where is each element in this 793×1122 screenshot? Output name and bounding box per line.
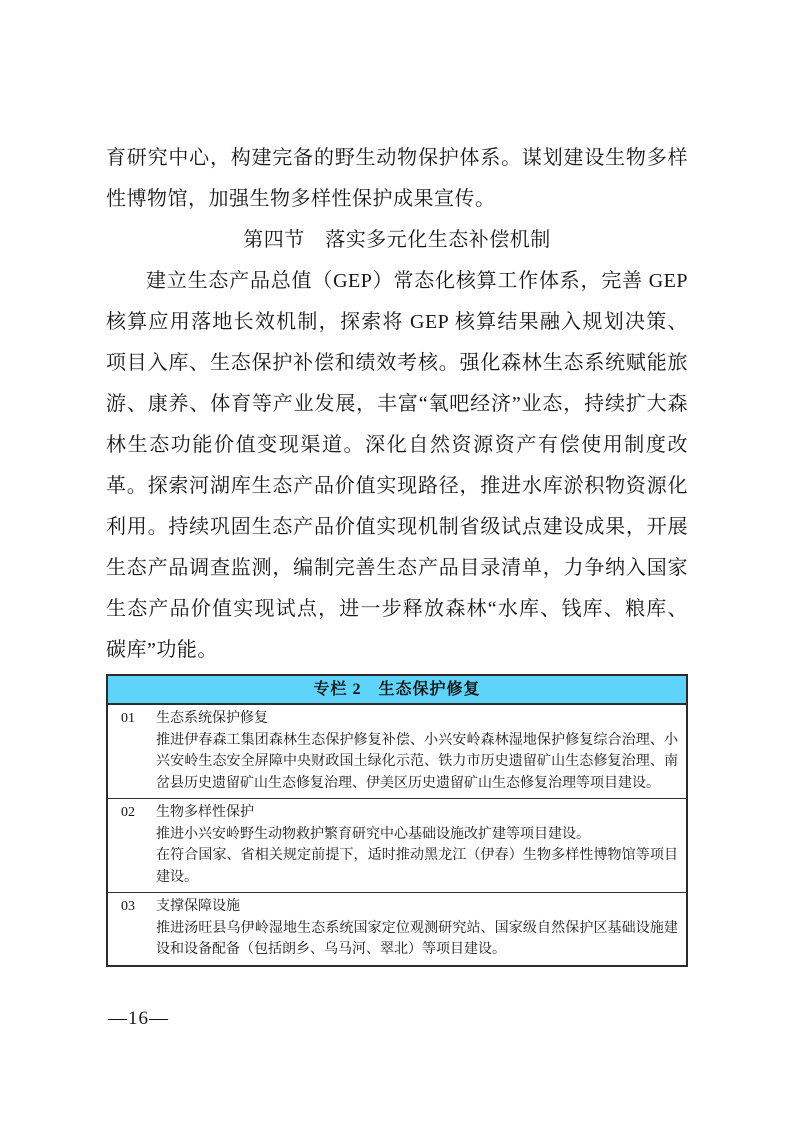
row-item: 推进汤旺县乌伊岭湿地生态系统国家定位观测研究站、国家级自然保护区基础设施建设和设…	[156, 918, 678, 961]
page-number: —16—	[108, 1008, 169, 1030]
paragraph-continuation: 育研究中心，构建完备的野生动物保护体系。谋划建设生物多样性博物馆，加强生物多样性…	[106, 138, 688, 220]
section-heading: 第四节 落实多元化生态补偿机制	[106, 220, 688, 261]
row-title: 生物多样性保护	[156, 802, 678, 824]
row-item: 在符合国家、省相关规定前提下，适时推动黑龙江（伊春）生物多样性博物馆等项目建设。	[156, 845, 678, 888]
row-body: 支撑保障设施 推进汤旺县乌伊岭湿地生态系统国家定位观测研究站、国家级自然保护区基…	[156, 896, 686, 961]
feature-box: 专栏 2 生态保护修复 01 生态系统保护修复 推进伊春森工集团森林生态保护修复…	[106, 674, 688, 967]
row-item: 推进伊春森工集团森林生态保护修复补偿、小兴安岭森林湿地保护修复综合治理、小兴安岭…	[156, 730, 678, 795]
row-number: 02	[108, 802, 156, 888]
table-row: 02 生物多样性保护 推进小兴安岭野生动物救护繁育研究中心基础设施改扩建等项目建…	[108, 799, 686, 893]
row-item: 推进小兴安岭野生动物救护繁育研究中心基础设施改扩建等项目建设。	[156, 824, 678, 846]
row-number: 03	[108, 896, 156, 961]
table-row: 01 生态系统保护修复 推进伊春森工集团森林生态保护修复补偿、小兴安岭森林湿地保…	[108, 705, 686, 799]
row-body: 生物多样性保护 推进小兴安岭野生动物救护繁育研究中心基础设施改扩建等项目建设。 …	[156, 802, 686, 888]
table-row: 03 支撑保障设施 推进汤旺县乌伊岭湿地生态系统国家定位观测研究站、国家级自然保…	[108, 893, 686, 965]
row-body: 生态系统保护修复 推进伊春森工集团森林生态保护修复补偿、小兴安岭森林湿地保护修复…	[156, 708, 686, 794]
row-title: 生态系统保护修复	[156, 708, 678, 730]
row-title: 支撑保障设施	[156, 896, 678, 918]
feature-box-title: 专栏 2 生态保护修复	[108, 676, 686, 705]
document-page: 育研究中心，构建完备的野生动物保护体系。谋划建设生物多样性博物馆，加强生物多样性…	[0, 0, 793, 1122]
row-number: 01	[108, 708, 156, 794]
main-text-block: 育研究中心，构建完备的野生动物保护体系。谋划建设生物多样性博物馆，加强生物多样性…	[106, 138, 688, 671]
paragraph-main: 建立生态产品总值（GEP）常态化核算工作体系，完善 GEP 核算应用落地长效机制…	[106, 261, 688, 671]
